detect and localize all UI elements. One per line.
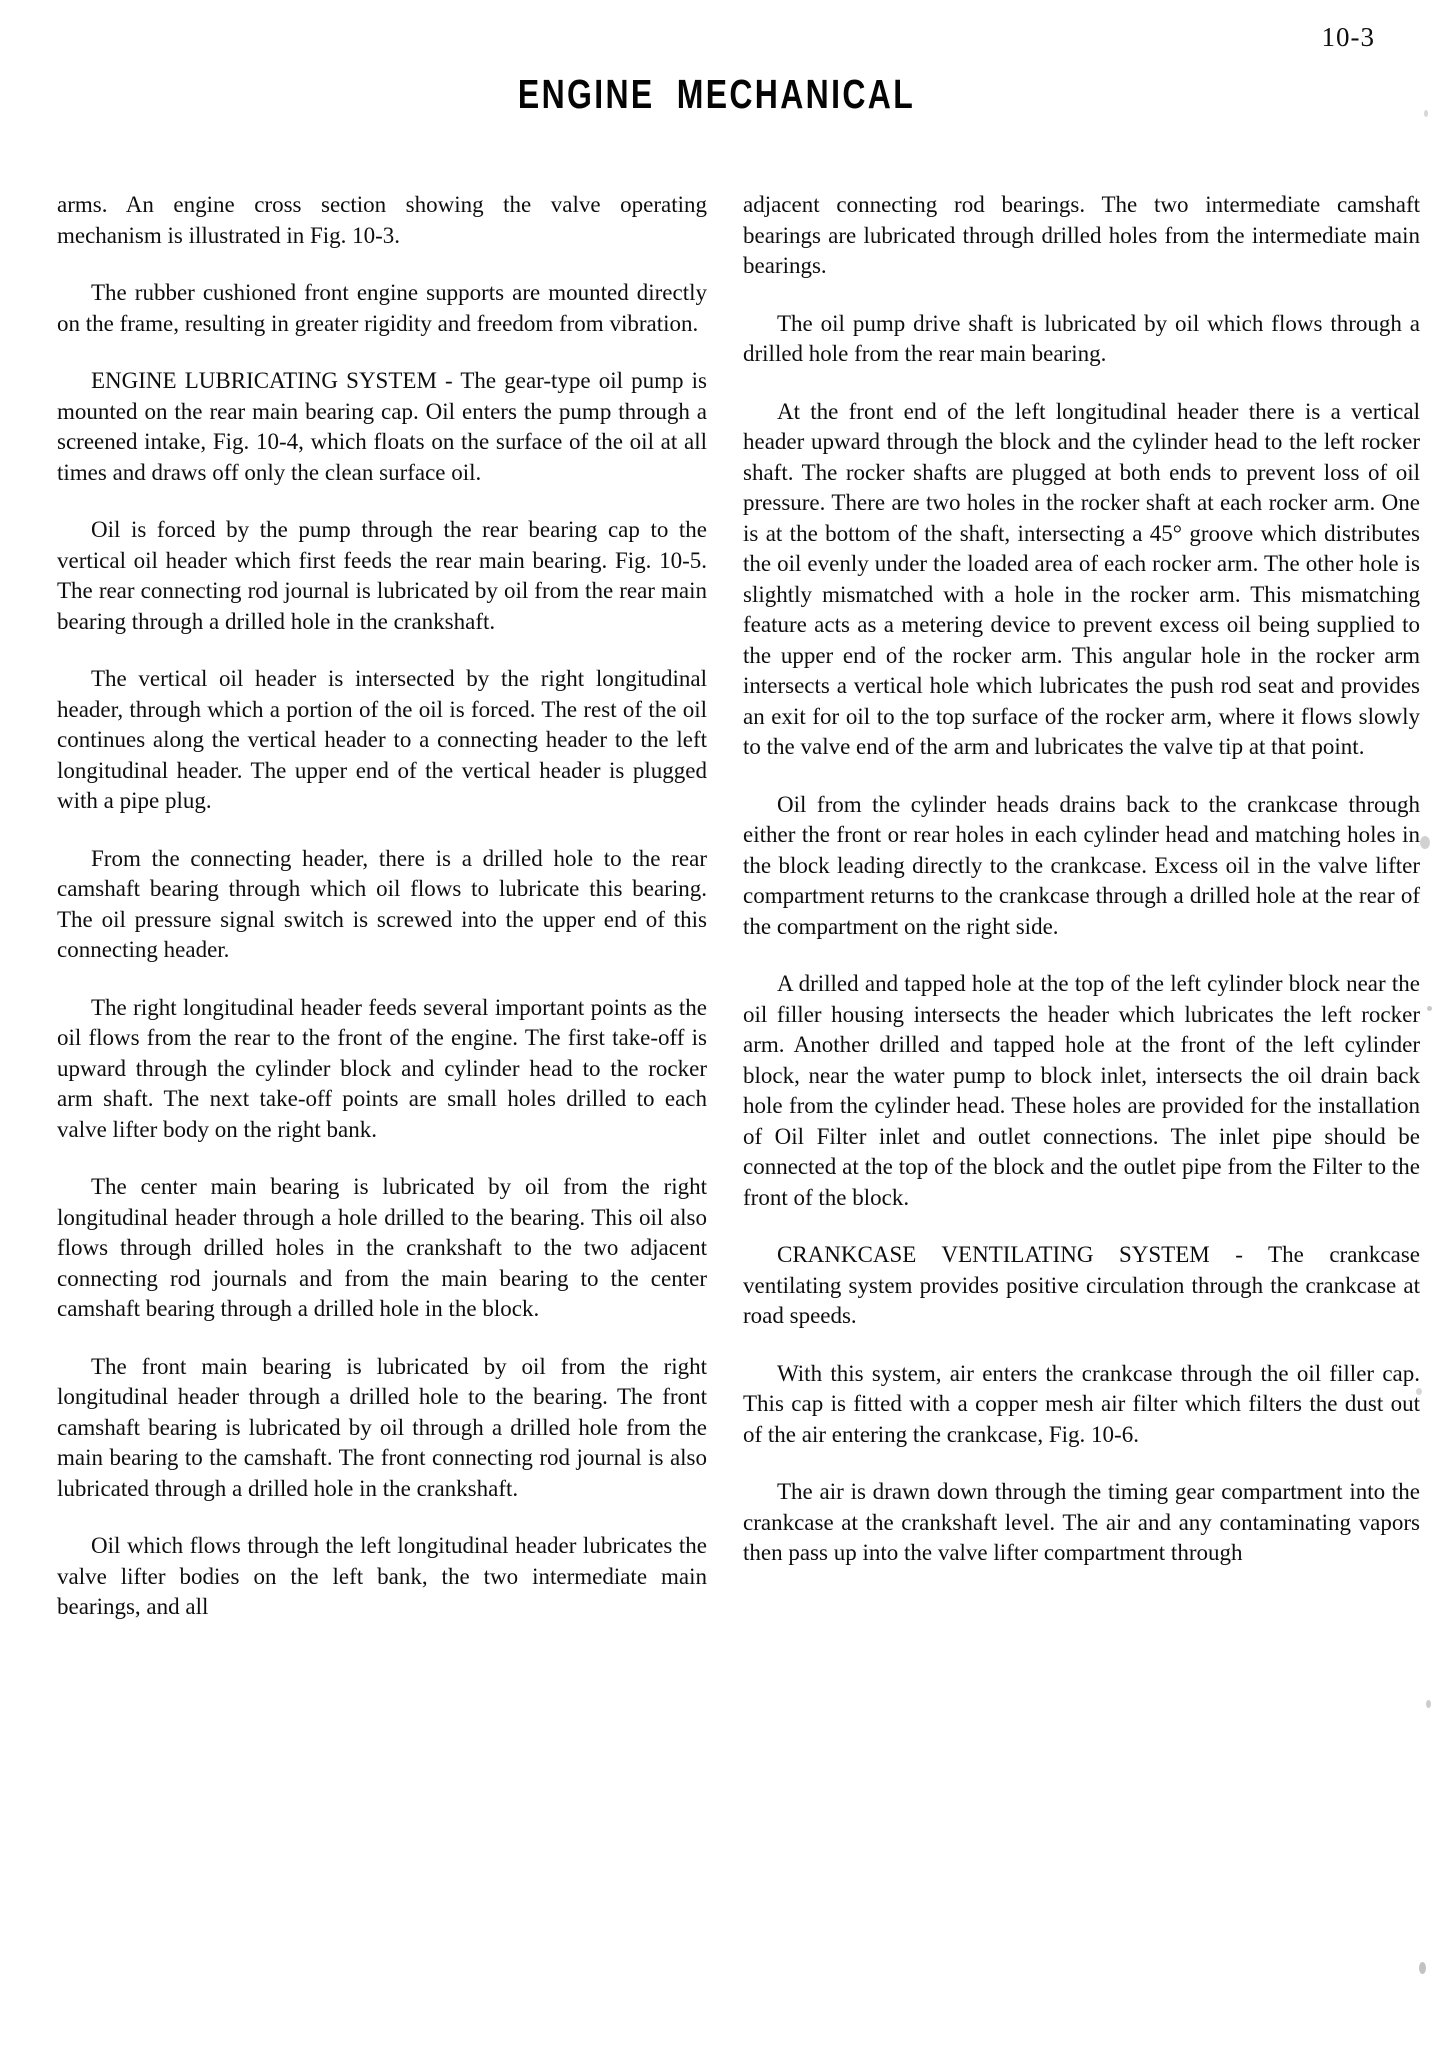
scan-artifact [1419, 1962, 1426, 1974]
paragraph: The vertical oil header is intersected b… [57, 664, 707, 817]
paragraph: With this system, air enters the crankca… [743, 1359, 1420, 1451]
paragraph: Oil is forced by the pump through the re… [57, 515, 707, 637]
paragraph: From the connecting header, there is a d… [57, 844, 707, 966]
paragraph: ENGINE LUBRICATING SYSTEM - The gear-typ… [57, 366, 707, 488]
scan-artifact [1420, 836, 1430, 849]
scan-artifact [1427, 1006, 1432, 1011]
scan-artifact [1426, 1700, 1431, 1708]
page-number: 10-3 [1322, 22, 1376, 53]
paragraph: The right longitudinal header feeds seve… [57, 993, 707, 1146]
scan-artifact [1416, 1388, 1422, 1395]
paragraph: The oil pump drive shaft is lubricated b… [743, 309, 1420, 370]
paragraph: At the front end of the left longitudina… [743, 397, 1420, 763]
manual-page: 10-3 ENGINE MECHANICAL arms. An engine c… [0, 0, 1433, 2064]
paragraph: Oil which flows through the left longitu… [57, 1531, 707, 1623]
right-column: adjacent connecting rod bearings. The tw… [743, 190, 1420, 1596]
paragraph: Oil from the cylinder heads drains back … [743, 790, 1420, 943]
paragraph: The rubber cushioned front engine suppor… [57, 278, 707, 339]
paragraph: The air is drawn down through the timing… [743, 1477, 1420, 1569]
scan-artifact [1424, 110, 1428, 117]
paragraph: arms. An engine cross section showing th… [57, 190, 707, 251]
paragraph: The center main bearing is lubricated by… [57, 1172, 707, 1325]
left-column: arms. An engine cross section showing th… [57, 190, 707, 1650]
page-title: ENGINE MECHANICAL [158, 72, 1276, 116]
paragraph: The front main bearing is lubricated by … [57, 1352, 707, 1505]
paragraph: CRANKCASE VENTILATING SYSTEM - The crank… [743, 1240, 1420, 1332]
paragraph: adjacent connecting rod bearings. The tw… [743, 190, 1420, 282]
paragraph: A drilled and tapped hole at the top of … [743, 969, 1420, 1213]
